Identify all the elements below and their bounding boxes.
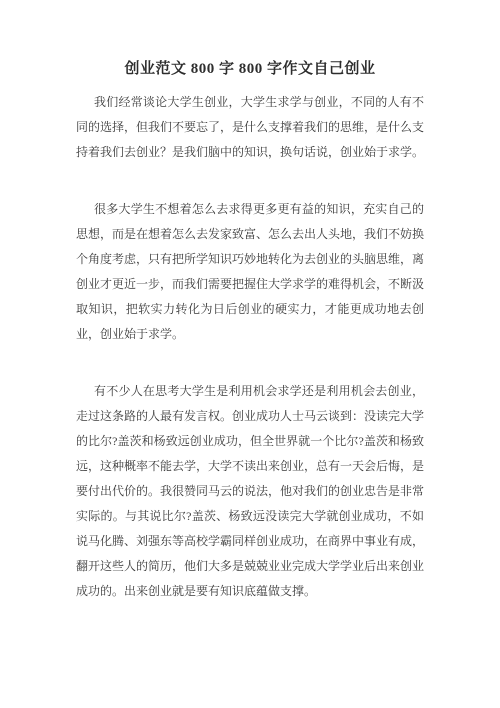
paragraph-3: 有不少人在思考大学生是利用机会求学还是利用机会去创业，走过这条路的人最有发言权。… [76, 379, 424, 604]
document-page: 创业范文 800 字 800 字作文自己创业 我们经常谈论大学生创业，大学生求学… [0, 0, 500, 708]
document-title: 创业范文 800 字 800 字作文自己创业 [0, 0, 500, 78]
document-body: 我们经常谈论大学生创业，大学生求学与创业，不同的人有不同的选择，但我们不要忘了，… [76, 90, 424, 604]
paragraph-1: 我们经常谈论大学生创业，大学生求学与创业，不同的人有不同的选择，但我们不要忘了，… [76, 90, 424, 165]
paragraph-2: 很多大学生不想着怎么去求得更多更有益的知识，充实自己的思想，而是在想着怎么去发家… [76, 197, 424, 347]
